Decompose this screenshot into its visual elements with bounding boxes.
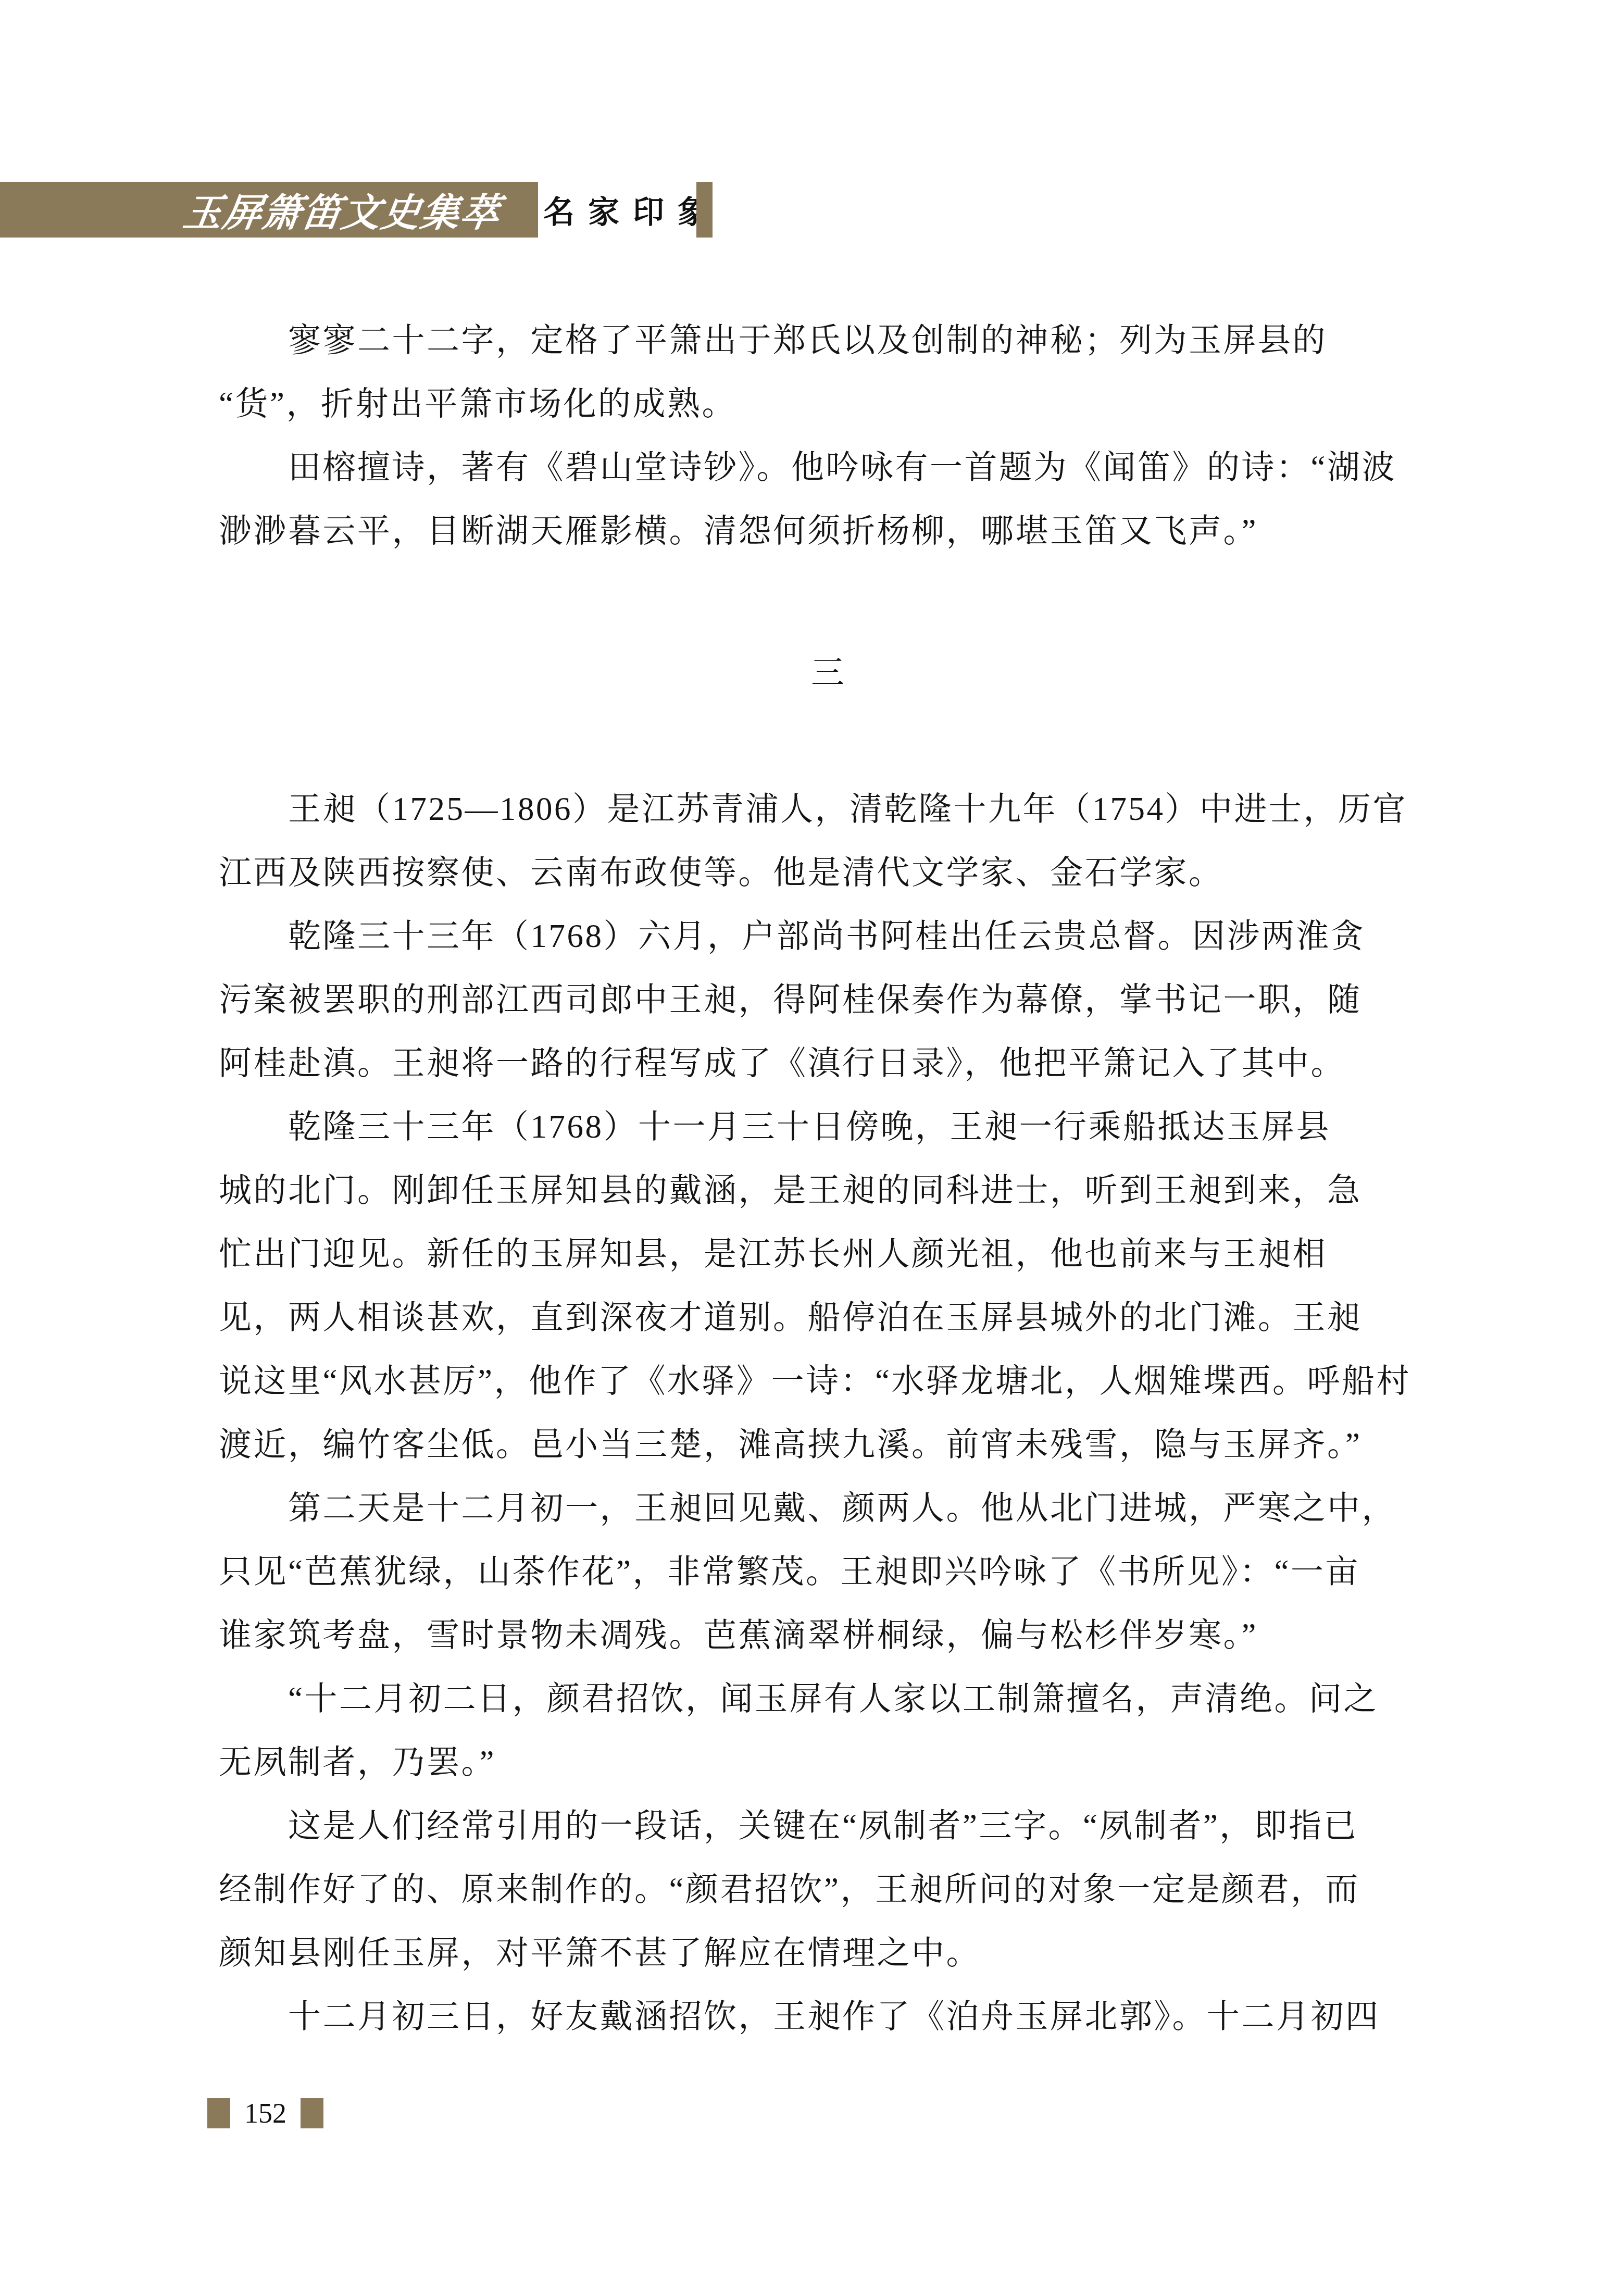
text-line: 乾隆三十三年（1768）十一月三十日傍晚，王昶一行乘船抵达玉屏县 bbox=[219, 1095, 1438, 1158]
page-number: 152 bbox=[244, 2098, 286, 2128]
text-line: 谁家筑考盘，雪时景物未凋残。芭蕉滴翠栟桐绿，偏与松杉伴岁寒。” bbox=[219, 1603, 1438, 1667]
text-line: 城的北门。刚卸任玉屏知县的戴涵，是王昶的同科进士，听到王昶到来，急 bbox=[219, 1158, 1438, 1222]
text-line: 阿桂赴滇。王昶将一路的行程写成了《滇行日录》，他把平箫记入了其中。 bbox=[219, 1031, 1438, 1095]
text-line: “十二月初二日，颜君招饮，闻玉屏有人家以工制箫擅名，声清绝。问之 bbox=[219, 1667, 1438, 1730]
text-line: 说这里“风水甚厉”，他作了《水驿》一诗：“水驿龙塘北，人烟雉堞西。呼船村 bbox=[219, 1349, 1438, 1413]
text-line: 颜知县刚任玉屏，对平箫不甚了解应在情理之中。 bbox=[219, 1921, 1438, 1985]
footer-left-square bbox=[207, 2098, 230, 2128]
header-banner: 玉屏箫笛文史集萃 bbox=[0, 182, 538, 238]
section-heading: 三 bbox=[219, 563, 1438, 777]
text-line: 渺渺暮云平，目断湖天雁影横。清怨何须折杨柳，哪堪玉笛又飞声。” bbox=[219, 499, 1438, 563]
text-line: 无夙制者，乃罢。” bbox=[219, 1730, 1438, 1794]
text-line: 污案被罢职的刑部江西司郎中王昶，得阿桂保奏作为幕僚，掌书记一职，随 bbox=[219, 968, 1438, 1031]
text-line: 寥寥二十二字，定格了平箫出于郑氏以及创制的神秘；列为玉屏县的 bbox=[219, 308, 1438, 372]
text-line: 见，两人相谈甚欢，直到深夜才道别。船停泊在玉屏县城外的北门滩。王昶 bbox=[219, 1286, 1438, 1349]
text-line: “货”，折射出平箫市场化的成熟。 bbox=[219, 372, 1438, 435]
footer-right-square bbox=[301, 2098, 323, 2128]
text-line: 第二天是十二月初一，王昶回见戴、颜两人。他从北门进城，严寒之中， bbox=[219, 1476, 1438, 1540]
book-page: 玉屏箫笛文史集萃 名家印象 寥寥二十二字，定格了平箫出于郑氏以及创制的神秘；列为… bbox=[0, 0, 1624, 2269]
text-line: 十二月初三日，好友戴涵招饮，王昶作了《泊舟玉屏北郭》。十二月初四 bbox=[219, 1985, 1438, 2048]
text-line: 只见“芭蕉犹绿，山茶作花”，非常繁茂。王昶即兴吟咏了《书所见》：“一亩 bbox=[219, 1540, 1438, 1603]
header-accent-bar bbox=[696, 182, 713, 238]
text-line: 田榕擅诗，著有《碧山堂诗钞》。他吟咏有一首题为《闻笛》的诗：“湖波 bbox=[219, 435, 1438, 499]
text-line: 经制作好了的、原来制作的。“颜君招饮”，王昶所问的对象一定是颜君，而 bbox=[219, 1857, 1438, 1921]
section-category-label: 名家印象 bbox=[543, 182, 722, 238]
text-line: 这是人们经常引用的一段话，关键在“夙制者”三字。“夙制者”，即指已 bbox=[219, 1794, 1438, 1857]
text-block: 寥寥二十二字，定格了平箫出于郑氏以及创制的神秘；列为玉屏县的 “货”，折射出平箫… bbox=[219, 308, 1438, 2048]
text-line: 乾隆三十三年（1768）六月，户部尚书阿桂出任云贵总督。因涉两淮贪 bbox=[219, 904, 1438, 968]
text-line: 忙出门迎见。新任的玉屏知县，是江苏长州人颜光祖，他也前来与王昶相 bbox=[219, 1222, 1438, 1286]
text-line: 王昶（1725—1806）是江苏青浦人，清乾隆十九年（1754）中进士，历官 bbox=[219, 777, 1438, 841]
text-line: 渡近，编竹客尘低。邑小当三楚，滩高挟九溪。前宵未残雪，隐与玉屏齐。” bbox=[219, 1413, 1438, 1476]
text-line: 江西及陕西按察使、云南布政使等。他是清代文学家、金石学家。 bbox=[219, 841, 1438, 904]
page-footer: 152 bbox=[207, 2098, 323, 2128]
series-calligraphy-logo: 玉屏箫笛文史集萃 bbox=[180, 182, 505, 238]
